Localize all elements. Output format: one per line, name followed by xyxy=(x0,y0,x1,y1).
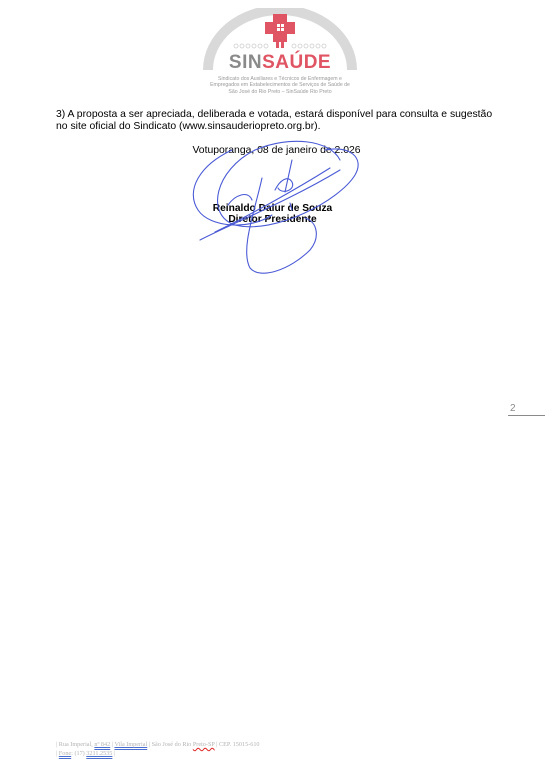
sinsaude-logo: SINSAÚDE Sindicato dos Auxiliares e Técn… xyxy=(180,8,380,93)
logo-wordmark: SINSAÚDE xyxy=(180,52,380,74)
footer-address: | Rua Imperial, nº 842 | Vila Imperial |… xyxy=(56,740,356,758)
footer-line-1: | Rua Imperial, nº 842 | Vila Imperial |… xyxy=(56,740,356,749)
page-number: 2 xyxy=(510,403,516,414)
signatory-title: Diretor Presidente xyxy=(0,214,545,225)
proposal-paragraph: 3) A proposta a ser apreciada, deliberad… xyxy=(56,109,496,133)
place-date: Votuporanga, 08 de janeiro de 2.026 xyxy=(0,145,553,156)
logo-subtitle: Sindicato dos Auxiliares e Técnicos de E… xyxy=(180,76,380,95)
footer-line-2: | Fone: (17) 3211.2535 | xyxy=(56,749,356,758)
page-number-rule xyxy=(508,415,545,416)
signatory-name: Reinaldo Dalur de Souza xyxy=(0,203,545,214)
